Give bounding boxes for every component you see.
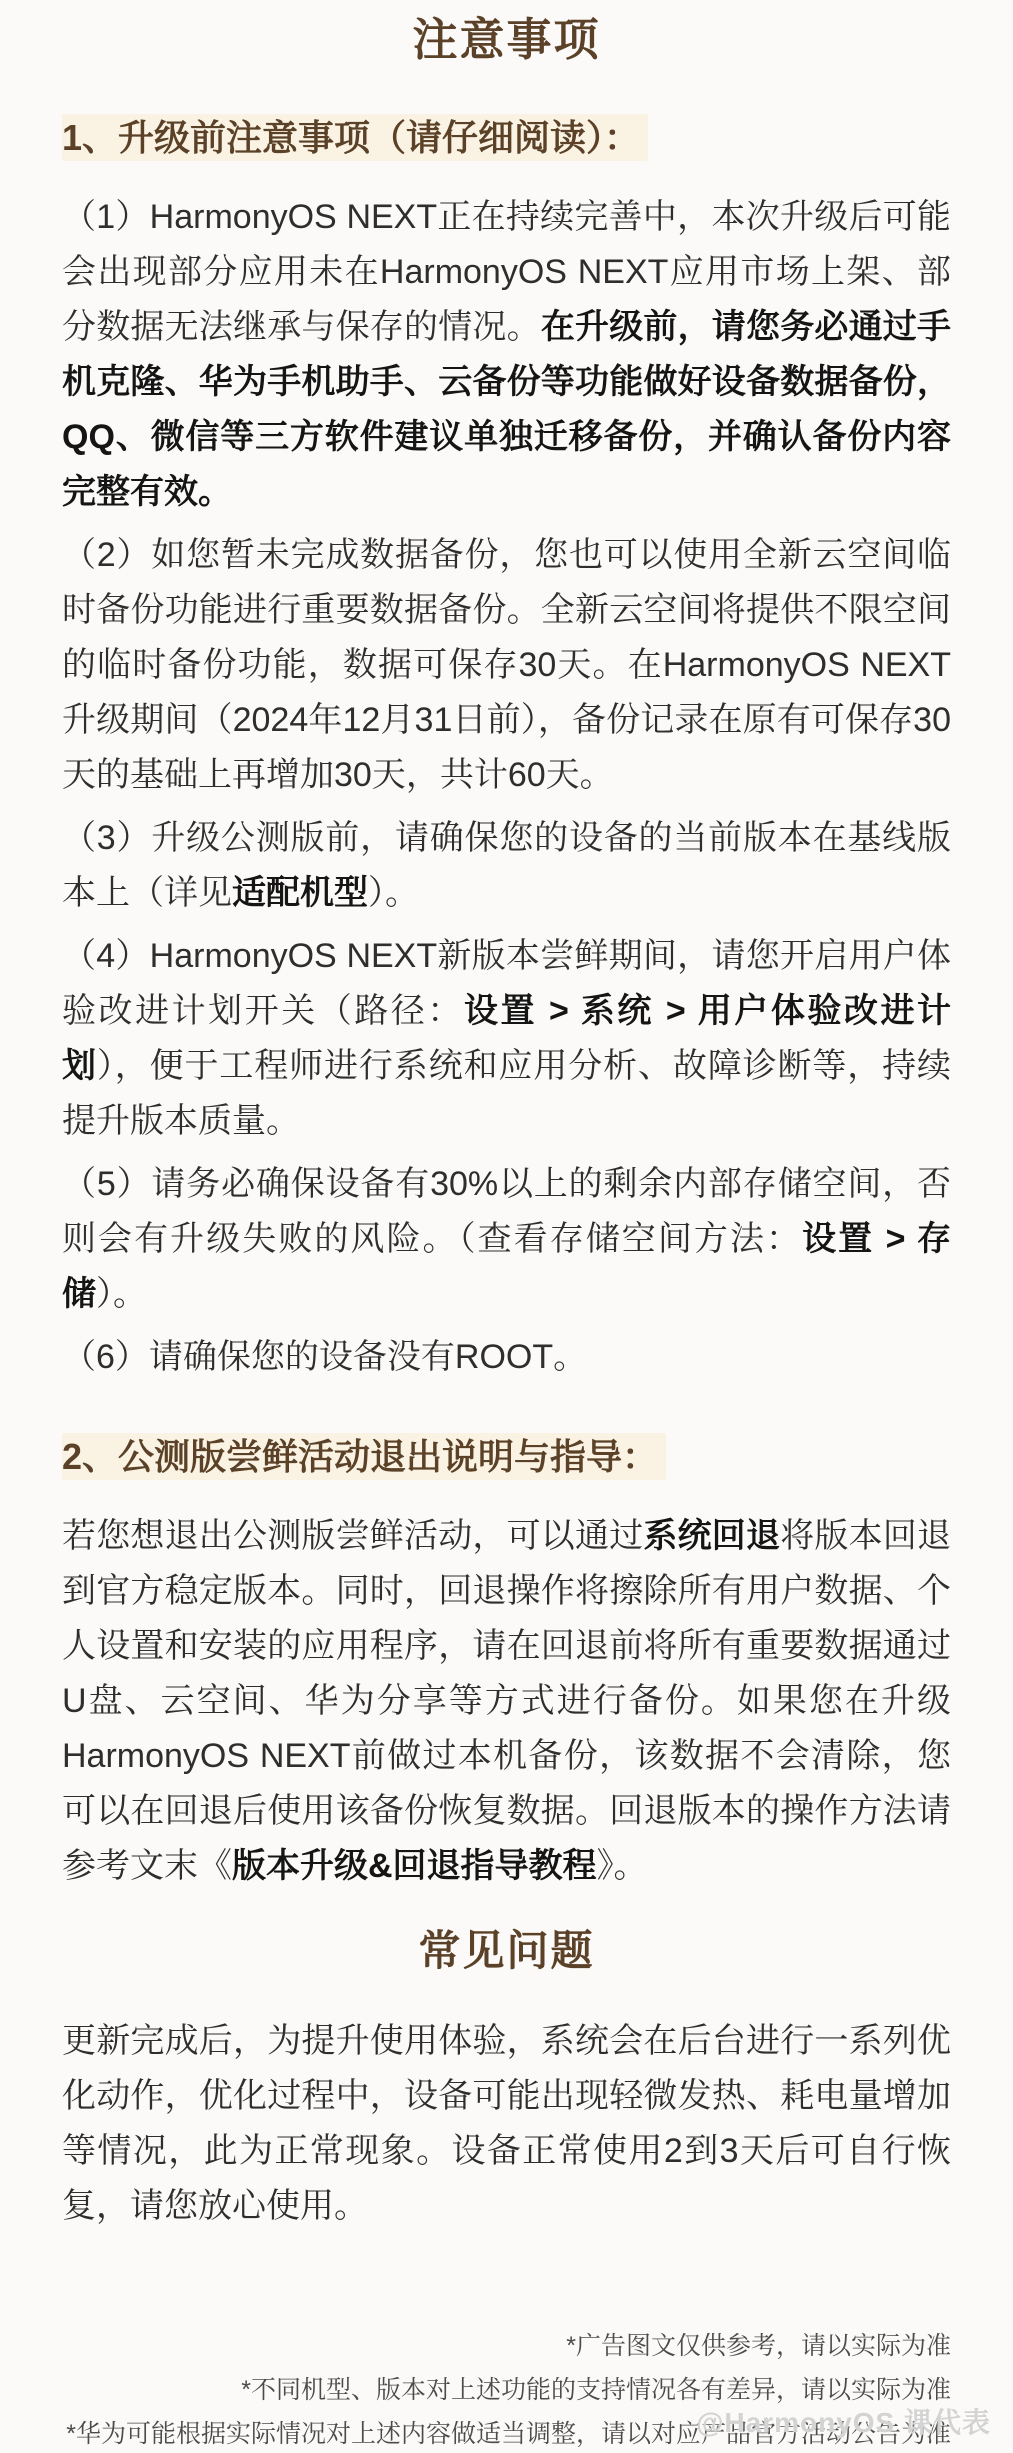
text-run: （6）请确保您的设备没有ROOT。 — [62, 1338, 587, 1376]
text-run: （3）升级公测版前，请确保您的设备的当前版本在基线版本上（详见 — [62, 819, 951, 912]
para-6: （6）请确保您的设备没有ROOT。 — [62, 1330, 951, 1385]
footnote-1: *广告图文仅供参考，请以实际为准 — [62, 2324, 951, 2368]
text-run: ），便于工程师进行系统和应用分析、故障诊断等，持续提升版本质量。 — [62, 1047, 951, 1140]
heading-highlight: 1、升级前注意事项（请仔细阅读）： — [62, 114, 648, 161]
text-run: 更新完成后，为提升使用体验，系统会在后台进行一系列优化动作，优化过程中，设备可能… — [62, 2022, 951, 2225]
heading-highlight: 2、公测版尝鲜活动退出说明与指导： — [62, 1433, 666, 1480]
para-4: （4）HarmonyOS NEXT新版本尝鲜期间，请您开启用户体验改进计划开关（… — [62, 929, 951, 1149]
para-2: （2）如您暂未完成数据备份，您也可以使用全新云空间临时备份功能进行重要数据备份。… — [62, 528, 951, 803]
page-title: 注意事项 — [62, 14, 951, 66]
text-run: ）。 — [368, 874, 419, 912]
text-run: ）。 — [96, 1275, 147, 1313]
para-1: （1）HarmonyOS NEXT正在持续完善中，本次升级后可能会出现部分应用未… — [62, 190, 951, 520]
text-run: 若您想退出公测版尝鲜活动，可以通过 — [62, 1517, 643, 1555]
watermark: @HarmonyOS 课代表 — [696, 2401, 991, 2441]
bold-text-run: 版本升级&回退指导教程 — [232, 1847, 597, 1885]
para-8: 更新完成后，为提升使用体验，系统会在后台进行一系列优化动作，优化过程中，设备可能… — [62, 2014, 951, 2234]
text-run: （2）如您暂未完成数据备份，您也可以使用全新云空间临时备份功能进行重要数据备份。… — [62, 536, 951, 794]
bold-text-run: 系统回退 — [643, 1517, 780, 1555]
notice-page: 注意事项 1、升级前注意事项（请仔细阅读）：（1）HarmonyOS NEXT正… — [0, 0, 1013, 2453]
bold-text-run: 适配机型 — [232, 874, 368, 912]
section-2-heading: 2、公测版尝鲜活动退出说明与指导： — [62, 1435, 951, 1479]
para-7: 若您想退出公测版尝鲜活动，可以通过系统回退将版本回退到官方稳定版本。同时，回退操… — [62, 1509, 951, 1894]
text-run: 将版本回退到官方稳定版本。同时，回退操作将擦除所有用户数据、个人设置和安装的应用… — [62, 1517, 951, 1885]
section-1-heading: 1、升级前注意事项（请仔细阅读）： — [62, 116, 951, 160]
text-run: 》。 — [597, 1847, 648, 1885]
faq-title: 常见问题 — [62, 1924, 951, 1978]
para-5: （5）请务必确保设备有30%以上的剩余内部存储空间，否则会有升级失败的风险。（查… — [62, 1157, 951, 1322]
document-body: 1、升级前注意事项（请仔细阅读）：（1）HarmonyOS NEXT正在持续完善… — [62, 116, 951, 2234]
para-3: （3）升级公测版前，请确保您的设备的当前版本在基线版本上（详见适配机型）。 — [62, 811, 951, 921]
